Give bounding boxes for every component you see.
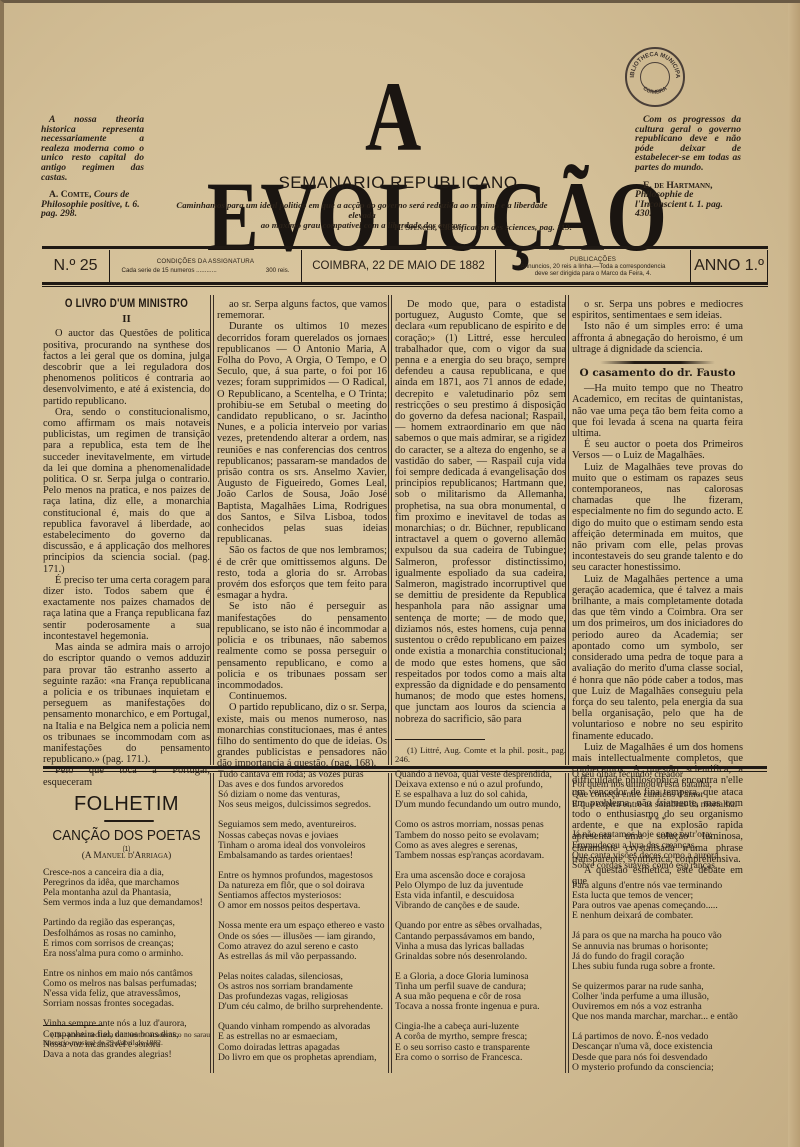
poem-line: Sobre cordas suaves como esp'ranças. <box>572 861 742 871</box>
article-body-col1: O auctor das Questões de politica positi… <box>43 328 210 787</box>
dedication-text: (A Manuel d'Arriaga) <box>82 851 172 861</box>
article-paragraph: Luiz de Magalhães teve provas do muito q… <box>572 462 743 574</box>
article-body-col2: ao sr. Serpa alguns factos, que vamos re… <box>217 299 387 770</box>
poem-line: Grinaldas sobre nós desenrolando. <box>395 952 561 962</box>
poem-line: Sem vermos inda a luz que demandamos! <box>43 898 203 908</box>
poem-line: Embalsamando as tardes orientaes! <box>218 851 385 861</box>
poem-column-3: Quando a nevoa, qual veste desprendida,D… <box>395 770 561 1063</box>
poem-stanza: Como os astros morriam, nossas penasTamb… <box>395 820 561 860</box>
poem-line: Era como o sorriso de Francesca. <box>395 1053 561 1063</box>
article-paragraph: Luiz de Magalhães pertence a uma geração… <box>572 574 743 742</box>
poem-column-4: O seu olhar fecundo, creadorFoi quem nos… <box>572 770 742 1073</box>
article-title: O LIVRO D'UM MINISTRO <box>56 299 198 310</box>
poem-stanza: Já para os que na marcha ha pouco vãoSe … <box>572 931 742 971</box>
poem-stanza: Tudo cantava em roda; as vozes purasDas … <box>218 770 385 810</box>
poem-line: D'um céu calmo, de brilho surprehendente… <box>218 1002 385 1012</box>
poem-line: E que expira entre as sombras da mortalh… <box>572 800 742 810</box>
poem-line: Vibrando de canções e de saude. <box>395 901 561 911</box>
poem-stanza: Entre os ninhos em maio nós cantâmosComo… <box>43 969 203 1009</box>
poem-stanza: Quando a nevoa, qual veste desprendida,D… <box>395 770 561 810</box>
poem-line: O mysterio profundo da consciencia; <box>572 1063 742 1073</box>
stamp-text-icon: BIBLIOTHECA MUNICIPAL COIMBRA <box>625 47 685 107</box>
poem-line: Lhes subiu funda ruga sobre a fronte. <box>572 962 742 972</box>
poem-line: Que nos manda marchar, marchar... e entã… <box>572 1012 742 1022</box>
publications-heading: PUBLICAÇÕES <box>570 256 616 263</box>
article-paragraph: É seu auctor o poeta dos Primeiros Verso… <box>572 439 743 461</box>
article-fausto-title: O casamento do dr. Fausto <box>572 368 743 379</box>
epigraph-left-citation: A. Comte, Cours de Philosophie positive,… <box>41 190 144 219</box>
poem-stanza: Quando vinham rompendo as alvoradasE as … <box>218 1022 385 1062</box>
poem-line: Quando por entre as sêbes orvalhadas, <box>395 921 561 931</box>
epigraph-right: Com os progressos da cultura geral o gov… <box>635 115 741 219</box>
info-bar-bottom-rule-thin <box>42 286 768 287</box>
info-bar-bottom-rule <box>42 282 768 285</box>
motto-work: Classification des sciences, pag. 119. <box>439 222 572 232</box>
article-paragraph: —Ha muito tempo que no Theatro Academico… <box>572 383 743 439</box>
poem-line: Já para os que na marcha ha pouco vão <box>572 931 742 941</box>
poem-stanza: Cresce-nos a canceira dia a dia,Peregrin… <box>43 868 203 908</box>
article-paragraph: Durante os ultimos 10 mezes decorridos f… <box>217 321 387 545</box>
issue-year: ANNO 1.º <box>691 250 768 282</box>
issue-number: N.º 25 <box>42 250 110 282</box>
poem-stanza: E a Gloria, a doce Gloria luminosaTinha … <box>395 972 561 1012</box>
poem-stanza: Já não cantamos hoje como outr'ora;Emmud… <box>572 830 742 870</box>
article-paragraph: Mas ainda se admira mais o arrojo do esc… <box>43 642 210 765</box>
poem-title-text: CANÇÃO DOS POETAS <box>52 827 200 844</box>
subscription-conditions: CONDIÇÕES DA ASSIGNATURA Cada serie de 1… <box>110 250 302 282</box>
article-paragraph: o sr. Serpa uns pobres e mediocres espir… <box>572 299 743 321</box>
epigraph-right-citation: E. de Hartmann, Philosophie de l'Inconsc… <box>635 181 741 219</box>
article-paragraph: Ora, sendo o constitucionalismo, como af… <box>43 407 210 575</box>
publications-text-1: Annuncios, 20 reis a linha.—Toda a corre… <box>521 263 666 270</box>
poem-line: Nos seus meigos, dulcissimos segredos. <box>218 800 385 810</box>
poem-line: Sorriam nossas frontes socegadas. <box>43 999 203 1009</box>
poem-stanza: Para alguns d'entre nós vae terminandoEs… <box>572 881 742 921</box>
poem-stanza: O seu olhar fecundo, creadorFoi quem nos… <box>572 770 742 810</box>
newspaper-subtitle: SEMANARIO REPUBLICANO <box>248 173 548 193</box>
article-paragraph: Isto não é um simples erro: é uma affron… <box>572 321 743 355</box>
poem-line: Tambem nossas esp'ranças acordavam. <box>395 851 561 861</box>
newspaper-page: A nossa theoria historica representa nec… <box>0 0 800 1147</box>
poem-dedication: (A Manuel d'Arriaga) <box>43 851 210 861</box>
page-edge <box>788 3 800 1147</box>
poem-column-2: Tudo cantava em roda; as vozes purasDas … <box>218 770 385 1063</box>
poem-stanza: Era uma ascensão doce e corajosaPelo Oly… <box>395 871 561 911</box>
article-paragraph: O partido republicano, diz o sr. Serpa, … <box>217 702 387 769</box>
poem-line: E nenhum deixará de combater. <box>572 911 742 921</box>
ornament-rule <box>104 820 154 822</box>
epigraph-right-work: Philosophie de l'Inconscient t. 1. pag. … <box>635 189 723 219</box>
epigraph-right-quote: Com os progressos da cultura geral o gov… <box>635 115 741 173</box>
svg-text:COIMBRA: COIMBRA <box>642 86 669 96</box>
article-column-3: De modo que, para o estadista portuguez,… <box>395 299 566 765</box>
column-divider <box>210 295 214 765</box>
folhetim-heading: FOLHETIM <box>43 793 210 816</box>
article-paragraph: São os factos de que nos lembramos; é de… <box>217 545 387 601</box>
motto-citation: H. Spencer, Classification des sciences,… <box>394 222 594 232</box>
epigraph-left: A nossa theoria historica representa nec… <box>41 115 144 219</box>
poem-footnote-rule <box>43 1025 103 1026</box>
issue-info-bar: N.º 25 CONDIÇÕES DA ASSIGNATURA Cada ser… <box>42 246 768 288</box>
poem-stanza: Lá partimos de novo. É-nos vedadoDescanç… <box>572 1032 742 1072</box>
poem-line: Do livro em que os prophetas aprendiam, <box>218 1053 385 1063</box>
article-body-col4: o sr. Serpa uns pobres e mediocres espir… <box>572 299 743 355</box>
newspaper-title: A EVOLUÇÃO <box>207 67 581 267</box>
article-paragraph: ao sr. Serpa alguns factos, que vamos re… <box>217 299 387 321</box>
poem-line: As estrellas ás mil vão perpassando. <box>218 952 385 962</box>
article-paragraph: É preciso ter uma certa coragem para diz… <box>43 575 210 642</box>
poem-line: Era noss'alma pura como o arminho. <box>43 949 203 959</box>
asterism: * * * <box>572 816 742 824</box>
poem-line: Dava a nota das grandes alegrias! <box>43 1050 203 1060</box>
poem-line: Tocava a nossa fronte ingenua e pura. <box>395 1002 561 1012</box>
article-paragraph: O auctor das Questões de politica positi… <box>43 328 210 406</box>
subscription-heading: CONDIÇÕES DA ASSIGNATURA <box>157 258 255 265</box>
svg-text:BIBLIOTHECA MUNICIPAL: BIBLIOTHECA MUNICIPAL <box>625 47 680 79</box>
column-divider <box>388 295 392 765</box>
footnote-rule <box>395 739 485 740</box>
article-column-2: ao sr. Serpa alguns factos, que vamos re… <box>217 299 387 770</box>
epigraph-left-quote: A nossa theoria historica representa nec… <box>41 115 144 182</box>
poem-stanza: Se quizermos parar na rude sanha,Colher … <box>572 982 742 1022</box>
poem-stanza: Seguiamos sem medo, aventureiros.Nossas … <box>218 820 385 860</box>
stamp-bottom-text: COIMBRA <box>642 86 669 96</box>
poem-stanza: Pelas noites caladas, silenciosas,Os ast… <box>218 972 385 1012</box>
motto-author: H. Spencer, <box>394 222 437 232</box>
article-paragraph: Se isto não é perseguir as manifestações… <box>217 601 387 691</box>
article-body-col3: De modo que, para o estadista portuguez,… <box>395 299 566 725</box>
article-separator <box>600 361 715 364</box>
article-part: II <box>43 314 210 325</box>
subscription-item: Cada serie de 15 numeros ............ <box>122 267 217 274</box>
poem-line: Nossa mente era um espaço ethereo e vast… <box>218 921 385 931</box>
column-divider <box>388 773 392 1073</box>
article-column-1: O LIVRO D'UM MINISTRO II O auctor das Qu… <box>43 299 210 788</box>
poem-footnote: (1)—poesia recitada no theatro academico… <box>43 1031 210 1048</box>
poem-stanza: Partindo da região das esperanças,Desfol… <box>43 918 203 958</box>
publications-info: PUBLICAÇÕES Annuncios, 20 reis a linha.—… <box>496 250 691 282</box>
article-paragraph: Continuemos. <box>217 691 387 702</box>
poem-stanza: Nossa mente era um espaço ethereo e vast… <box>218 921 385 961</box>
poem-stanza: Entre os hymnos profundos, magestososDa … <box>218 871 385 911</box>
poem-stanza: Cingia-lhe a cabeça auri-luzenteA corôa … <box>395 1022 561 1062</box>
column-divider <box>565 773 569 1073</box>
subscription-row: Cada serie de 15 numeros ............ 30… <box>122 267 290 274</box>
dateline: COIMBRA, 22 DE MAIO DE 1882 <box>302 250 496 282</box>
subscription-price: 300 reis. <box>266 267 290 274</box>
info-bar-top-rule <box>42 246 768 249</box>
poem-line: O amor em nossos peitos despertava. <box>218 901 385 911</box>
article-paragraph: De modo que, para o estadista portuguez,… <box>395 299 566 725</box>
article-footnote: (1) Littré, Aug. Comte et la phil. posit… <box>395 746 566 765</box>
publications-text-2: deve ser dirigida para o Marco da Feira,… <box>535 270 652 277</box>
library-stamp-icon: BIBLIOTHECA MUNICIPAL COIMBRA <box>625 47 685 107</box>
stamp-top-text: BIBLIOTHECA MUNICIPAL <box>625 47 680 79</box>
column-divider <box>210 773 214 1073</box>
poem-stanza: Quando por entre as sêbes orvalhadas,Can… <box>395 921 561 961</box>
motto-line-1: Caminhamos para um ideal politico em que… <box>172 200 552 220</box>
poem-line: D'um mundo fecundando um outro mundo, <box>395 800 561 810</box>
